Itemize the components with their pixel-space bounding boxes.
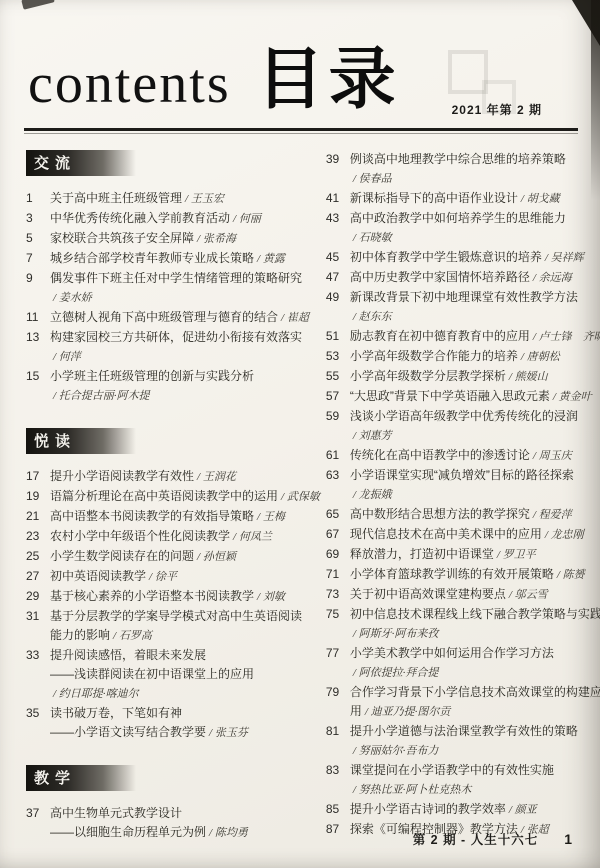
toc-entry-line: 高中语整本书阅读教学的有效指导策略/ 王梅 xyxy=(50,507,320,527)
toc-entry-author: / 努热比亚·阿卜杜克热木 xyxy=(353,784,472,796)
toc-entry-page-number: 73 xyxy=(326,585,350,605)
toc-entry-page-number: 43 xyxy=(326,209,350,248)
toc-entry-title: 高中语整本书阅读教学的有效指导策略 xyxy=(50,509,254,523)
toc-entry-line: 立德树人视角下高中班级管理与德育的结合/ 崔超 xyxy=(50,308,320,328)
toc-entry-line: 新课改背景下初中地理课堂有效性教学方法 xyxy=(350,288,574,307)
toc-entry: 79合作学习背景下小学信息技术高效课堂的构建应用/ 迪亚乃提·图尔贡 xyxy=(326,683,574,722)
toc-entry-page-number: 7 xyxy=(26,249,50,269)
toc-entry-title: 高中政治教学中如何培养学生的思维能力 xyxy=(350,211,566,225)
toc-entry-title: 小学体育篮球教学训练的有效开展策略 xyxy=(350,567,554,581)
toc-entry-author: / 迪亚乃提·图尔贡 xyxy=(365,706,451,718)
toc-entry-title: 语篇分析理论在高中英语阅读教学中的运用 xyxy=(50,489,278,503)
toc-entry-page-number: 17 xyxy=(26,467,50,487)
toc-entry: 25小学生数学阅读存在的问题/ 孙恒颖 xyxy=(26,547,320,567)
toc-entry: 27初中英语阅读教学/ 徐平 xyxy=(26,567,320,587)
toc-entry-line: 小学班主任班级管理的创新与实践分析 xyxy=(50,367,320,386)
toc-entry-body: 浅谈小学语高年级教学中优秀传统化的浸润/ 刘惠芳 xyxy=(350,407,574,446)
toc-entry-body: 课堂提问在小学语教学中的有效性实施/ 努热比亚·阿卜杜克热木 xyxy=(350,761,574,800)
toc-entry: 73关于初中语高效课堂建构要点/ 邬云雪 xyxy=(326,585,574,605)
toc-entry-page-number: 51 xyxy=(326,327,350,347)
toc-entry-page-number: 79 xyxy=(326,683,350,722)
toc-entry-title: 能力的影响 xyxy=(50,628,110,642)
toc-entry-author: / 程爱萍 xyxy=(533,509,572,521)
toc-entry-author: / 何丽 xyxy=(233,213,261,225)
toc-entry: 35读书破万卷，下笔如有神——小学语文读写结合教学要/ 张玉芬 xyxy=(26,704,320,743)
toc-entry-body: 城乡结合部学校青年教师专业成长策略/ 黄露 xyxy=(50,249,320,269)
toc-entry-body: 现代信息技术在高中美术课中的应用/ 龙忠刚 xyxy=(350,525,574,545)
toc-entry-page-number: 33 xyxy=(26,646,50,704)
toc-section: 悦读17提升小学语阅读教学有效性/ 王润花19语篇分析理论在高中英语阅读教学中的… xyxy=(26,428,320,743)
footer-page-number: 1 xyxy=(564,831,572,847)
toc-entry-author: / 托合提古丽·阿木提 xyxy=(53,390,150,402)
toc-entry: 67现代信息技术在高中美术课中的应用/ 龙忠刚 xyxy=(326,525,574,545)
toc-entry-page-number: 37 xyxy=(26,804,50,843)
toc-entry-author: / 何萍 xyxy=(53,351,81,363)
toc-entry-line: 城乡结合部学校青年教师专业成长策略/ 黄露 xyxy=(50,249,320,269)
toc-entry-author: / 孙恒颖 xyxy=(197,551,236,563)
toc-entry-author: / 余远海 xyxy=(533,272,572,284)
toc-entry-line: 新课标指导下的高中语作业设计/ 胡戈藏 xyxy=(350,189,574,209)
toc-entry-page-number: 65 xyxy=(326,505,350,525)
toc-entry-page-number: 71 xyxy=(326,565,350,585)
toc-entry: 17提升小学语阅读教学有效性/ 王润花 xyxy=(26,467,320,487)
scan-ink-mark xyxy=(21,0,54,10)
toc-entry-body: 小学生数学阅读存在的问题/ 孙恒颖 xyxy=(50,547,320,567)
toc-entry-author: / 吴祥辉 xyxy=(545,252,584,264)
toc-entry-line: / 努热比亚·阿卜杜克热木 xyxy=(350,780,574,800)
toc-section: 39例谈高中地理教学中综合思维的培养策略/ 侯春品41新课标指导下的高中语作业设… xyxy=(326,150,574,840)
toc-entry: 61传统化在高中语教学中的渗透讨论/ 周玉庆 xyxy=(326,446,574,466)
toc-entry: 9偶发事件下班主任对中学生情绪管理的策略研究/ 姜水娇 xyxy=(26,269,320,308)
toc-entry-line: / 何萍 xyxy=(50,347,320,367)
toc-entry-line: 能力的影响/ 石罗高 xyxy=(50,626,320,646)
toc-entry: 43高中政治教学中如何培养学生的思维能力/ 石晓敏 xyxy=(326,209,574,248)
toc-entry-title: 提升阅读感悟，着眼未来发展 xyxy=(50,648,206,662)
toc-entry-line: 农村小学中年级语个性化阅读教学/ 何凤兰 xyxy=(50,527,320,547)
toc-entry-title: 偶发事件下班主任对中学生情绪管理的策略研究 xyxy=(50,271,302,285)
toc-entry-line: 浅谈小学语高年级教学中优秀传统化的浸润 xyxy=(350,407,574,426)
toc-entry-title: 高中数形结合思想方法的教学探究 xyxy=(350,507,530,521)
toc-entry: 53小学高年级数学合作能力的培养/ 唐朝松 xyxy=(326,347,574,367)
toc-entry-author: / 黄露 xyxy=(257,253,285,265)
page-title-cn: 目录 xyxy=(257,26,401,122)
toc-entry: 37高中生物单元式教学设计——以细胞生命历程单元为例/ 陈均勇 xyxy=(26,804,320,843)
toc-entry-title: 新课标指导下的高中语作业设计 xyxy=(350,191,518,205)
toc-entry: 7城乡结合部学校青年教师专业成长策略/ 黄露 xyxy=(26,249,320,269)
toc-entry-body: 构建家园校三方共研体，促进幼小衔接有效落实/ 何萍 xyxy=(50,328,320,367)
toc-entry-body: 初中体育教学中学生锻炼意识的培养/ 吴祥辉 xyxy=(350,248,574,268)
toc-entry-title: 小学生数学阅读存在的问题 xyxy=(50,549,194,563)
toc-entry-page-number: 69 xyxy=(326,545,350,565)
toc-entry-author: / 刘敏 xyxy=(257,591,285,603)
toc-entry-title: 构建家园校三方共研体，促进幼小衔接有效落实 xyxy=(50,330,302,344)
toc-entry-body: 小学高年级数学合作能力的培养/ 唐朝松 xyxy=(350,347,574,367)
toc-entry-line: 高中政治教学中如何培养学生的思维能力 xyxy=(350,209,574,228)
toc-entry-line: / 托合提古丽·阿木提 xyxy=(50,386,320,406)
toc-entry-line: 语篇分析理论在高中英语阅读教学中的运用/ 武保敏 xyxy=(50,487,320,507)
toc-entry-page-number: 39 xyxy=(326,150,350,189)
toc-entry-line: 小学语课堂实现“减负增效”目标的路径探索 xyxy=(350,466,574,485)
toc-entry-author: / 熊媛山 xyxy=(509,371,548,383)
toc-entry-author: / 刘惠芳 xyxy=(353,430,392,442)
toc-entry: 21高中语整本书阅读教学的有效指导策略/ 王梅 xyxy=(26,507,320,527)
toc-entry-page-number: 47 xyxy=(326,268,350,288)
toc-entry: 41新课标指导下的高中语作业设计/ 胡戈藏 xyxy=(326,189,574,209)
toc-column-right: 39例谈高中地理教学中综合思维的培养策略/ 侯春品41新课标指导下的高中语作业设… xyxy=(326,150,574,843)
toc-entry-body: 初中信息技术课程线上线下融合教学策略与实践/ 阿斯牙·阿布来孜 xyxy=(350,605,574,644)
toc-entry-body: 小学美术教学中如何运用合作学习方法/ 阿依提拉·拜合提 xyxy=(350,644,574,683)
toc-entry-line: “大思政”背景下中学英语融入思政元素/ 黄金叶 xyxy=(350,387,574,407)
toc-entry-body: 例谈高中地理教学中综合思维的培养策略/ 侯春品 xyxy=(350,150,574,189)
toc-entry-line: / 石晓敏 xyxy=(350,228,574,248)
toc-entry-page-number: 85 xyxy=(326,800,350,820)
toc-entry-line: 高中生物单元式教学设计 xyxy=(50,804,320,823)
toc-entry-body: 初中英语阅读教学/ 徐平 xyxy=(50,567,320,587)
toc-entry: 1关于高中班主任班级管理/ 王玉宏 xyxy=(26,189,320,209)
toc-entry-title: 关于高中班主任班级管理 xyxy=(50,191,182,205)
toc-entry-body: 合作学习背景下小学信息技术高效课堂的构建应用/ 迪亚乃提·图尔贡 xyxy=(350,683,574,722)
toc-entry-page-number: 11 xyxy=(26,308,50,328)
toc-entry-line: 励志教育在初中德育教育中的应用/ 卢士锋 齐昕 xyxy=(350,327,574,347)
toc-entry-author: / 努丽姑尔·吾布力 xyxy=(353,745,439,757)
toc-entry-body: “大思政”背景下中学英语融入思政元素/ 黄金叶 xyxy=(350,387,574,407)
toc-entry-line: 偶发事件下班主任对中学生情绪管理的策略研究 xyxy=(50,269,320,288)
section-header: 悦读 xyxy=(26,428,136,454)
toc-entry-body: 释放潜力，打造初中语课堂/ 罗卫平 xyxy=(350,545,574,565)
toc-entry-title: 中华优秀传统化融入学前教育活动 xyxy=(50,211,230,225)
toc-entry-title: 浅谈小学语高年级教学中优秀传统化的浸润 xyxy=(350,409,578,423)
toc-entry-author: / 崔超 xyxy=(281,312,309,324)
toc-entry: 15小学班主任班级管理的创新与实践分析/ 托合提古丽·阿木提 xyxy=(26,367,320,406)
toc-entry-page-number: 3 xyxy=(26,209,50,229)
toc-entry-body: 高中政治教学中如何培养学生的思维能力/ 石晓敏 xyxy=(350,209,574,248)
toc-entry: 69释放潜力，打造初中语课堂/ 罗卫平 xyxy=(326,545,574,565)
toc-entry-line: 读书破万卷，下笔如有神 xyxy=(50,704,320,723)
toc-entry-line: 现代信息技术在高中美术课中的应用/ 龙忠刚 xyxy=(350,525,574,545)
toc-entry: 47高中历史教学中家国情怀培养路径/ 余远海 xyxy=(326,268,574,288)
toc-entry-author: / 陈均勇 xyxy=(209,827,248,839)
toc-entry-author: / 龙振娥 xyxy=(353,489,392,501)
toc-entry-line: 提升小学道德与法治课堂教学有效性的策略 xyxy=(350,722,574,741)
toc-entry-title: 初中信息技术课程线上线下融合教学策略与实践 xyxy=(350,607,600,621)
toc-entry-author: / 陈赟 xyxy=(557,569,585,581)
toc-entry-line: 中华优秀传统化融入学前教育活动/ 何丽 xyxy=(50,209,320,229)
toc-entry-line: / 约日耶提·喀迪尔 xyxy=(50,684,320,704)
toc-entry-title: 例谈高中地理教学中综合思维的培养策略 xyxy=(350,152,566,166)
toc-entry-title: ——浅读群阅读在初中语课堂上的应用 xyxy=(50,667,254,681)
toc-entry-line: 传统化在高中语教学中的渗透讨论/ 周玉庆 xyxy=(350,446,574,466)
toc-entry-page-number: 75 xyxy=(326,605,350,644)
toc-entry-line: 小学高年级数学合作能力的培养/ 唐朝松 xyxy=(350,347,574,367)
toc-entry-title: 合作学习背景下小学信息技术高效课堂的构建应 xyxy=(350,685,600,699)
toc-entry-line: ——以细胞生命历程单元为例/ 陈均勇 xyxy=(50,823,320,843)
toc-entry-author: / 唐朝松 xyxy=(521,351,560,363)
toc-entry-page-number: 9 xyxy=(26,269,50,308)
toc-column-left: 交流1关于高中班主任班级管理/ 王玉宏3中华优秀传统化融入学前教育活动/ 何丽5… xyxy=(26,150,320,843)
toc-entry-body: 高中生物单元式教学设计——以细胞生命历程单元为例/ 陈均勇 xyxy=(50,804,320,843)
toc-entry: 83课堂提问在小学语教学中的有效性实施/ 努热比亚·阿卜杜克热木 xyxy=(326,761,574,800)
toc-entry-line: 小学美术教学中如何运用合作学习方法 xyxy=(350,644,574,663)
toc-entry-author: / 邬云雪 xyxy=(509,589,548,601)
toc-entry-author: / 王润花 xyxy=(197,471,236,483)
toc-entry-title: 提升小学语古诗词的教学效率 xyxy=(350,802,506,816)
toc-entry-line: / 龙振娥 xyxy=(350,485,574,505)
toc-entry-line: 合作学习背景下小学信息技术高效课堂的构建应 xyxy=(350,683,574,702)
toc-entry-body: 读书破万卷，下笔如有神——小学语文读写结合教学要/ 张玉芬 xyxy=(50,704,320,743)
toc-entry-author: / 张玉芬 xyxy=(209,727,248,739)
toc-entry-author: / 何凤兰 xyxy=(233,531,272,543)
toc-entry-body: 高中历史教学中家国情怀培养路径/ 余远海 xyxy=(350,268,574,288)
toc-entry-page-number: 49 xyxy=(326,288,350,327)
toc-entry: 33提升阅读感悟，着眼未来发展——浅读群阅读在初中语课堂上的应用/ 约日耶提·喀… xyxy=(26,646,320,704)
toc-entry-title: 用 xyxy=(350,704,362,718)
header-rule-thick xyxy=(24,128,578,131)
toc-entry-page-number: 81 xyxy=(326,722,350,761)
toc-entry-author: / 约日耶提·喀迪尔 xyxy=(53,688,139,700)
toc-entry-author: / 颜亚 xyxy=(509,804,537,816)
toc-entry-title: 小学班主任班级管理的创新与实践分析 xyxy=(50,369,254,383)
toc-entry-page-number: 5 xyxy=(26,229,50,249)
issue-label: 2021 年第 2 期 xyxy=(452,101,542,118)
toc-entry-author: / 王梅 xyxy=(257,511,285,523)
toc-entry-body: 励志教育在初中德育教育中的应用/ 卢士锋 齐昕 xyxy=(350,327,574,347)
toc-entry: 85提升小学语古诗词的教学效率/ 颜亚 xyxy=(326,800,574,820)
toc-entry-title: 农村小学中年级语个性化阅读教学 xyxy=(50,529,230,543)
toc-entry-line: 小学体育篮球教学训练的有效开展策略/ 陈赟 xyxy=(350,565,574,585)
toc-entry-body: 家校联合共筑孩子安全屏障/ 张希海 xyxy=(50,229,320,249)
toc-entry-body: 偶发事件下班主任对中学生情绪管理的策略研究/ 姜水娇 xyxy=(50,269,320,308)
toc-entry-line: / 阿依提拉·拜合提 xyxy=(350,663,574,683)
toc-entry-title: 提升小学语阅读教学有效性 xyxy=(50,469,194,483)
toc-entry-body: 基于核心素养的小学语整本书阅读教学/ 刘敏 xyxy=(50,587,320,607)
header-rule-thin xyxy=(24,133,578,134)
toc-entry-title: 课堂提问在小学语教学中的有效性实施 xyxy=(350,763,554,777)
toc-entry-line: / 姜水娇 xyxy=(50,288,320,308)
section-header: 交流 xyxy=(26,150,136,176)
toc-entry-title: 城乡结合部学校青年教师专业成长策略 xyxy=(50,251,254,265)
toc-entry-page-number: 41 xyxy=(326,189,350,209)
toc-entry-title: 读书破万卷，下笔如有神 xyxy=(50,706,182,720)
toc-entry-line: 关于初中语高效课堂建构要点/ 邬云雪 xyxy=(350,585,574,605)
toc-entry-line: 高中历史教学中家国情怀培养路径/ 余远海 xyxy=(350,268,574,288)
toc-entry-body: 关于高中班主任班级管理/ 王玉宏 xyxy=(50,189,320,209)
toc-entry: 59浅谈小学语高年级教学中优秀传统化的浸润/ 刘惠芳 xyxy=(326,407,574,446)
toc-entry: 11立德树人视角下高中班级管理与德育的结合/ 崔超 xyxy=(26,308,320,328)
toc-entry-author: / 阿斯牙·阿布来孜 xyxy=(353,628,439,640)
toc-entry-page-number: 63 xyxy=(326,466,350,505)
toc-entry-title: 立德树人视角下高中班级管理与德育的结合 xyxy=(50,310,278,324)
toc-entry: 81提升小学道德与法治课堂教学有效性的策略/ 努丽姑尔·吾布力 xyxy=(326,722,574,761)
toc-entry-body: 小学高年级数学分层教学探析/ 熊媛山 xyxy=(350,367,574,387)
toc-entry: 77小学美术教学中如何运用合作学习方法/ 阿依提拉·拜合提 xyxy=(326,644,574,683)
toc-entry: 55小学高年级数学分层教学探析/ 熊媛山 xyxy=(326,367,574,387)
toc-entry: 3中华优秀传统化融入学前教育活动/ 何丽 xyxy=(26,209,320,229)
toc-entry-page-number: 55 xyxy=(326,367,350,387)
toc-entry-author: / 武保敏 xyxy=(281,491,320,503)
toc-entry-page-number: 61 xyxy=(326,446,350,466)
toc-entry-title: 传统化在高中语教学中的渗透讨论 xyxy=(350,448,530,462)
toc-entry-title: 小学语课堂实现“减负增效”目标的路径探索 xyxy=(350,468,574,482)
toc-entry-author: / 石罗高 xyxy=(113,630,152,642)
toc-entry-page-number: 1 xyxy=(26,189,50,209)
toc-entry-title: 小学高年级数学分层教学探析 xyxy=(350,369,506,383)
toc-entry-body: 基于分层教学的学案导学模式对高中生英语阅读能力的影响/ 石罗高 xyxy=(50,607,320,646)
toc-entry-page-number: 87 xyxy=(326,820,350,840)
toc-entry-page-number: 77 xyxy=(326,644,350,683)
toc-entry-line: 课堂提问在小学语教学中的有效性实施 xyxy=(350,761,574,780)
toc-entry-line: 提升小学语古诗词的教学效率/ 颜亚 xyxy=(350,800,574,820)
toc-entry-line: 构建家园校三方共研体，促进幼小衔接有效落实 xyxy=(50,328,320,347)
toc-entry-page-number: 53 xyxy=(326,347,350,367)
toc-entry-body: 立德树人视角下高中班级管理与德育的结合/ 崔超 xyxy=(50,308,320,328)
toc-entry-title: 释放潜力，打造初中语课堂 xyxy=(350,547,494,561)
toc-entry-title: 基于分层教学的学案导学模式对高中生英语阅读 xyxy=(50,609,302,623)
toc-entry-title: 现代信息技术在高中美术课中的应用 xyxy=(350,527,542,541)
toc-entry-body: 语篇分析理论在高中英语阅读教学中的运用/ 武保敏 xyxy=(50,487,320,507)
toc-entry-page-number: 23 xyxy=(26,527,50,547)
toc-entry-line: 提升阅读感悟，着眼未来发展 xyxy=(50,646,320,665)
toc-entry-body: 小学体育篮球教学训练的有效开展策略/ 陈赟 xyxy=(350,565,574,585)
toc-entry: 63小学语课堂实现“减负增效”目标的路径探索/ 龙振娥 xyxy=(326,466,574,505)
toc-entry-body: 新课标指导下的高中语作业设计/ 胡戈藏 xyxy=(350,189,574,209)
toc-entry-line: ——浅读群阅读在初中语课堂上的应用 xyxy=(50,665,320,684)
page-footer: 第 2 期 - 人生十六七 1 xyxy=(413,830,572,848)
toc-entry-author: / 周玉庆 xyxy=(533,450,572,462)
toc-entry-page-number: 15 xyxy=(26,367,50,406)
toc-entry: 23农村小学中年级语个性化阅读教学/ 何凤兰 xyxy=(26,527,320,547)
toc-entry-title: 新课改背景下初中地理课堂有效性教学方法 xyxy=(350,290,578,304)
toc-page: contents 目录 2021 年第 2 期 交流1关于高中班主任班级管理/ … xyxy=(0,0,600,868)
toc-entry-page-number: 59 xyxy=(326,407,350,446)
toc-entry: 51励志教育在初中德育教育中的应用/ 卢士锋 齐昕 xyxy=(326,327,574,347)
toc-entry-line: 小学生数学阅读存在的问题/ 孙恒颖 xyxy=(50,547,320,567)
toc-entry-author: / 徐平 xyxy=(149,571,177,583)
toc-entry-page-number: 21 xyxy=(26,507,50,527)
toc-entry-author: / 阿依提拉·拜合提 xyxy=(353,667,439,679)
toc-entry-line: 初中信息技术课程线上线下融合教学策略与实践 xyxy=(350,605,574,624)
toc-entry-line: / 努丽姑尔·吾布力 xyxy=(350,741,574,761)
toc-entry-page-number: 83 xyxy=(326,761,350,800)
toc-entry-body: 小学班主任班级管理的创新与实践分析/ 托合提古丽·阿木提 xyxy=(50,367,320,406)
toc-entry-title: 励志教育在初中德育教育中的应用 xyxy=(350,329,530,343)
toc-entry-page-number: 13 xyxy=(26,328,50,367)
toc-entry-body: 高中数形结合思想方法的教学探究/ 程爱萍 xyxy=(350,505,574,525)
toc-entry-title: 小学高年级数学合作能力的培养 xyxy=(350,349,518,363)
toc-entry-line: 初中英语阅读教学/ 徐平 xyxy=(50,567,320,587)
toc-entry-page-number: 31 xyxy=(26,607,50,646)
toc-entry-line: 高中数形结合思想方法的教学探究/ 程爱萍 xyxy=(350,505,574,525)
toc-entry-line: / 阿斯牙·阿布来孜 xyxy=(350,624,574,644)
toc-entry: 75初中信息技术课程线上线下融合教学策略与实践/ 阿斯牙·阿布来孜 xyxy=(326,605,574,644)
toc-entry-line: 释放潜力，打造初中语课堂/ 罗卫平 xyxy=(350,545,574,565)
toc-entry-author: / 姜水娇 xyxy=(53,292,92,304)
toc-entry: 71小学体育篮球教学训练的有效开展策略/ 陈赟 xyxy=(326,565,574,585)
toc-entry-line: / 刘惠芳 xyxy=(350,426,574,446)
toc-entry-body: 提升小学语古诗词的教学效率/ 颜亚 xyxy=(350,800,574,820)
toc-entry: 13构建家园校三方共研体，促进幼小衔接有效落实/ 何萍 xyxy=(26,328,320,367)
toc-entry-body: 提升小学道德与法治课堂教学有效性的策略/ 努丽姑尔·吾布力 xyxy=(350,722,574,761)
toc-entry-line: 初中体育教学中学生锻炼意识的培养/ 吴祥辉 xyxy=(350,248,574,268)
toc-entry-line: 关于高中班主任班级管理/ 王玉宏 xyxy=(50,189,320,209)
toc-entry: 39例谈高中地理教学中综合思维的培养策略/ 侯春品 xyxy=(326,150,574,189)
footer-journal-label: 第 2 期 - 人生十六七 xyxy=(413,830,539,848)
toc-entry-page-number: 35 xyxy=(26,704,50,743)
toc-entry: 29基于核心素养的小学语整本书阅读教学/ 刘敏 xyxy=(26,587,320,607)
toc-entry-author: / 卢士锋 齐昕 xyxy=(533,331,600,343)
toc-entry: 49新课改背景下初中地理课堂有效性教学方法/ 赵东东 xyxy=(326,288,574,327)
toc-entry-title: 基于核心素养的小学语整本书阅读教学 xyxy=(50,589,254,603)
toc-section: 交流1关于高中班主任班级管理/ 王玉宏3中华优秀传统化融入学前教育活动/ 何丽5… xyxy=(26,150,320,406)
toc-entry-body: 传统化在高中语教学中的渗透讨论/ 周玉庆 xyxy=(350,446,574,466)
toc-entry-page-number: 19 xyxy=(26,487,50,507)
toc-entry-author: / 黄金叶 xyxy=(553,391,592,403)
toc-entry-body: 农村小学中年级语个性化阅读教学/ 何凤兰 xyxy=(50,527,320,547)
toc-entry-body: 新课改背景下初中地理课堂有效性教学方法/ 赵东东 xyxy=(350,288,574,327)
toc-entry-title: 提升小学道德与法治课堂教学有效性的策略 xyxy=(350,724,578,738)
toc-entry-line: ——小学语文读写结合教学要/ 张玉芬 xyxy=(50,723,320,743)
header-rule xyxy=(24,128,578,134)
toc-entry-author: / 赵东东 xyxy=(353,311,392,323)
toc-entry-author: / 石晓敏 xyxy=(353,232,392,244)
toc-entry-author: / 罗卫平 xyxy=(497,549,536,561)
toc-entry-line: 基于分层教学的学案导学模式对高中生英语阅读 xyxy=(50,607,320,626)
toc-entry-title: 初中体育教学中学生锻炼意识的培养 xyxy=(350,250,542,264)
toc-entry: 45初中体育教学中学生锻炼意识的培养/ 吴祥辉 xyxy=(326,248,574,268)
toc-entry-title: ——以细胞生命历程单元为例 xyxy=(50,825,206,839)
section-header: 教学 xyxy=(26,765,136,791)
toc-entry-page-number: 29 xyxy=(26,587,50,607)
toc-entry-body: 高中语整本书阅读教学的有效指导策略/ 王梅 xyxy=(50,507,320,527)
toc-entry-title: 高中历史教学中家国情怀培养路径 xyxy=(350,270,530,284)
toc-entry-line: 基于核心素养的小学语整本书阅读教学/ 刘敏 xyxy=(50,587,320,607)
toc-entry: 31基于分层教学的学案导学模式对高中生英语阅读能力的影响/ 石罗高 xyxy=(26,607,320,646)
toc-entry-line: / 侯春品 xyxy=(350,169,574,189)
toc-entry-page-number: 67 xyxy=(326,525,350,545)
toc-entry-line: 家校联合共筑孩子安全屏障/ 张希海 xyxy=(50,229,320,249)
toc-entry-title: 高中生物单元式教学设计 xyxy=(50,806,182,820)
toc-entry-body: 关于初中语高效课堂建构要点/ 邬云雪 xyxy=(350,585,574,605)
toc-entry: 57“大思政”背景下中学英语融入思政元素/ 黄金叶 xyxy=(326,387,574,407)
toc-entry-title: 小学美术教学中如何运用合作学习方法 xyxy=(350,646,554,660)
toc-entry-page-number: 25 xyxy=(26,547,50,567)
toc-entry-author: / 王玉宏 xyxy=(185,193,224,205)
toc-entry-title: “大思政”背景下中学英语融入思政元素 xyxy=(350,389,550,403)
toc-entry-line: 例谈高中地理教学中综合思维的培养策略 xyxy=(350,150,574,169)
toc-entry-line: 提升小学语阅读教学有效性/ 王润花 xyxy=(50,467,320,487)
toc-entry-author: / 张希海 xyxy=(197,233,236,245)
toc-entry-body: 提升小学语阅读教学有效性/ 王润花 xyxy=(50,467,320,487)
toc-entry-line: 小学高年级数学分层教学探析/ 熊媛山 xyxy=(350,367,574,387)
toc-entry-title: 家校联合共筑孩子安全屏障 xyxy=(50,231,194,245)
toc-entry-body: 小学语课堂实现“减负增效”目标的路径探索/ 龙振娥 xyxy=(350,466,574,505)
toc-entry-title: 初中英语阅读教学 xyxy=(50,569,146,583)
toc-section: 教学37高中生物单元式教学设计——以细胞生命历程单元为例/ 陈均勇 xyxy=(26,765,320,843)
toc-entry-page-number: 45 xyxy=(326,248,350,268)
toc-entry-author: / 胡戈藏 xyxy=(521,193,560,205)
toc-entry-author: / 龙忠刚 xyxy=(545,529,584,541)
toc-entry: 19语篇分析理论在高中英语阅读教学中的运用/ 武保敏 xyxy=(26,487,320,507)
toc-entry-title: 关于初中语高效课堂建构要点 xyxy=(350,587,506,601)
toc-entry-author: / 侯春品 xyxy=(353,173,392,185)
page-title-en: contents xyxy=(28,52,231,116)
toc-entry: 5家校联合共筑孩子安全屏障/ 张希海 xyxy=(26,229,320,249)
toc-entry-title: ——小学语文读写结合教学要 xyxy=(50,725,206,739)
toc-entry-body: 中华优秀传统化融入学前教育活动/ 何丽 xyxy=(50,209,320,229)
toc-entry-body: 提升阅读感悟，着眼未来发展——浅读群阅读在初中语课堂上的应用/ 约日耶提·喀迪尔 xyxy=(50,646,320,704)
toc-entry: 65高中数形结合思想方法的教学探究/ 程爱萍 xyxy=(326,505,574,525)
toc-entry-line: 用/ 迪亚乃提·图尔贡 xyxy=(350,702,574,722)
toc-entry-line: / 赵东东 xyxy=(350,307,574,327)
